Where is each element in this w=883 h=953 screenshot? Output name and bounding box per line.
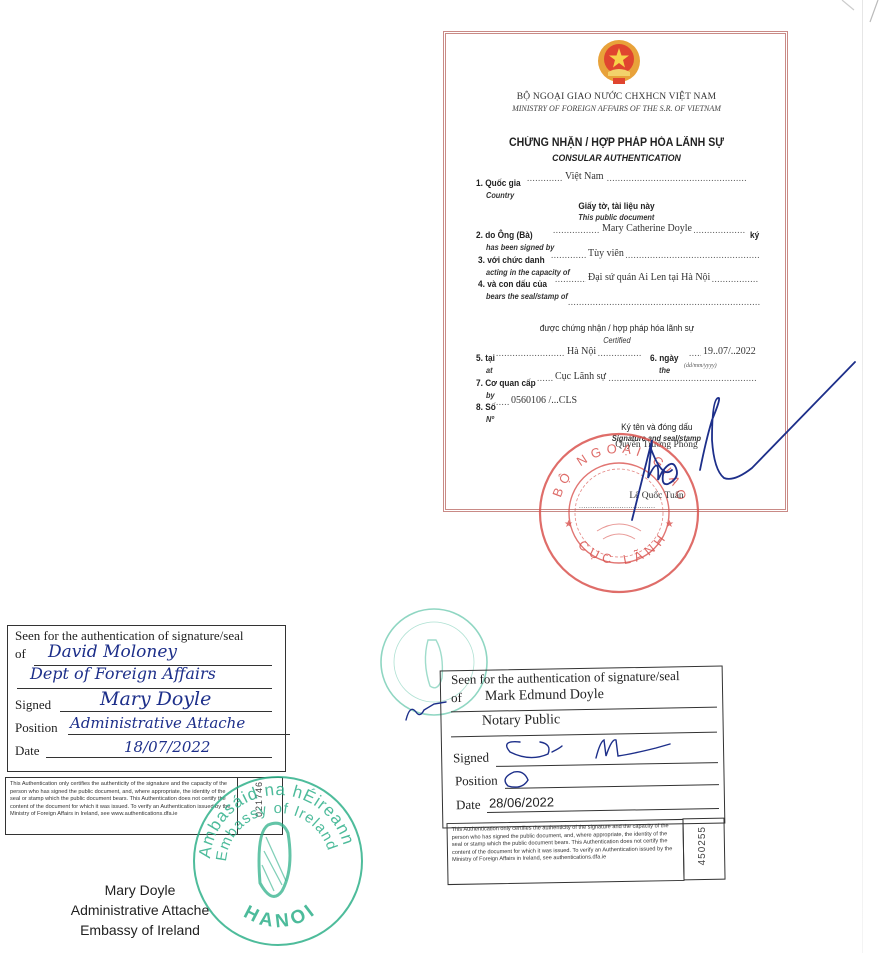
date-handwritten: 18/07/2022 (124, 738, 210, 756)
dotted-line: ........................................… (527, 173, 759, 183)
field-value-signed-by: Mary Catherine Doyle (600, 223, 694, 234)
certified-label-en: Certified (603, 336, 630, 345)
field-value-capacity: Tùy viên (586, 248, 626, 259)
field-value-at: Hà Nội (565, 346, 598, 357)
public-document-label-en: This public document (578, 213, 654, 222)
field-value-seal-of: Đại sứ quán Ai Len tại Hà Nội (586, 272, 712, 283)
svg-text:★: ★ (665, 519, 674, 530)
ministry-name-vietnamese: BỘ NGOẠI GIAO NƯỚC CHXHCN VIỆT NAM (445, 92, 788, 102)
consular-department-seal: BỘ NGOẠI GIAO CỤC LÃNH SỰ ★ ★ (537, 431, 701, 595)
signatory-organization: Embassy of Ireland (40, 920, 240, 940)
signature-block: Mary Doyle Administrative Attache Embass… (40, 880, 240, 940)
field-label-en: bears the seal/stamp of (486, 292, 568, 301)
signed-label: Signed (15, 697, 51, 713)
position-handwritten: Administrative Attache (70, 714, 245, 732)
signer-name: Lê Quốc Tuấn (485, 491, 828, 501)
of-label: of (15, 646, 26, 662)
svg-text:HANOI: HANOI (240, 899, 321, 932)
dotted-line: ........................................… (551, 250, 759, 260)
dotted-line: ..... (496, 397, 512, 407)
field-value-by: Cục Lãnh sự (553, 371, 608, 382)
page-edge (862, 0, 863, 953)
ministry-name-english: MINISTRY OF FOREIGN AFFAIRS OF THE S.R. … (445, 104, 788, 113)
signed-label: Signed (453, 750, 489, 767)
date-label: Date (456, 797, 481, 813)
serial-number-right: 450255 (697, 826, 708, 865)
authentication-title-english: CONSULAR AUTHENTICATION (459, 153, 775, 164)
field-suffix: ký (750, 230, 759, 240)
page-corner-fold (840, 0, 880, 30)
vietnam-national-emblem-icon (596, 38, 642, 88)
field-label: 7. Cơ quan cấp (476, 378, 536, 388)
position-label: Position (455, 773, 498, 790)
of-value-2: Notary Public (482, 712, 560, 729)
dotted-line: .................................. (579, 502, 675, 510)
date-format-hint: (dd/mm/yyyy) (684, 363, 717, 369)
of-value: Mark Edmund Doyle (485, 687, 604, 705)
position-label: Position (15, 720, 58, 736)
authentication-title-vietnamese: CHỨNG NHẬN / HỢP PHÁP HÓA LÃNH SỰ (459, 137, 775, 149)
field-value-date: 19..07/..2022 (701, 346, 758, 357)
of-label: of (451, 690, 462, 706)
disclaimer-text-right: This Authentication only certifies the a… (446, 819, 684, 885)
of-value-handwritten: David Moloney (48, 642, 177, 662)
field-value-country: Việt Nam (563, 171, 606, 182)
svg-text:★: ★ (564, 519, 573, 530)
signed-handwritten: Mary Doyle (100, 688, 211, 710)
field-value-number: 0560106 /...CLS (511, 395, 577, 406)
dotted-line: ........................................… (568, 297, 760, 307)
date-label: Date (15, 743, 40, 759)
of-value-handwritten-2: Dept of Foreign Affairs (30, 664, 216, 683)
signatory-name: Mary Doyle (40, 880, 240, 900)
date-value: 28/06/2022 (489, 794, 554, 810)
signatory-title: Administrative Attache (40, 900, 240, 920)
